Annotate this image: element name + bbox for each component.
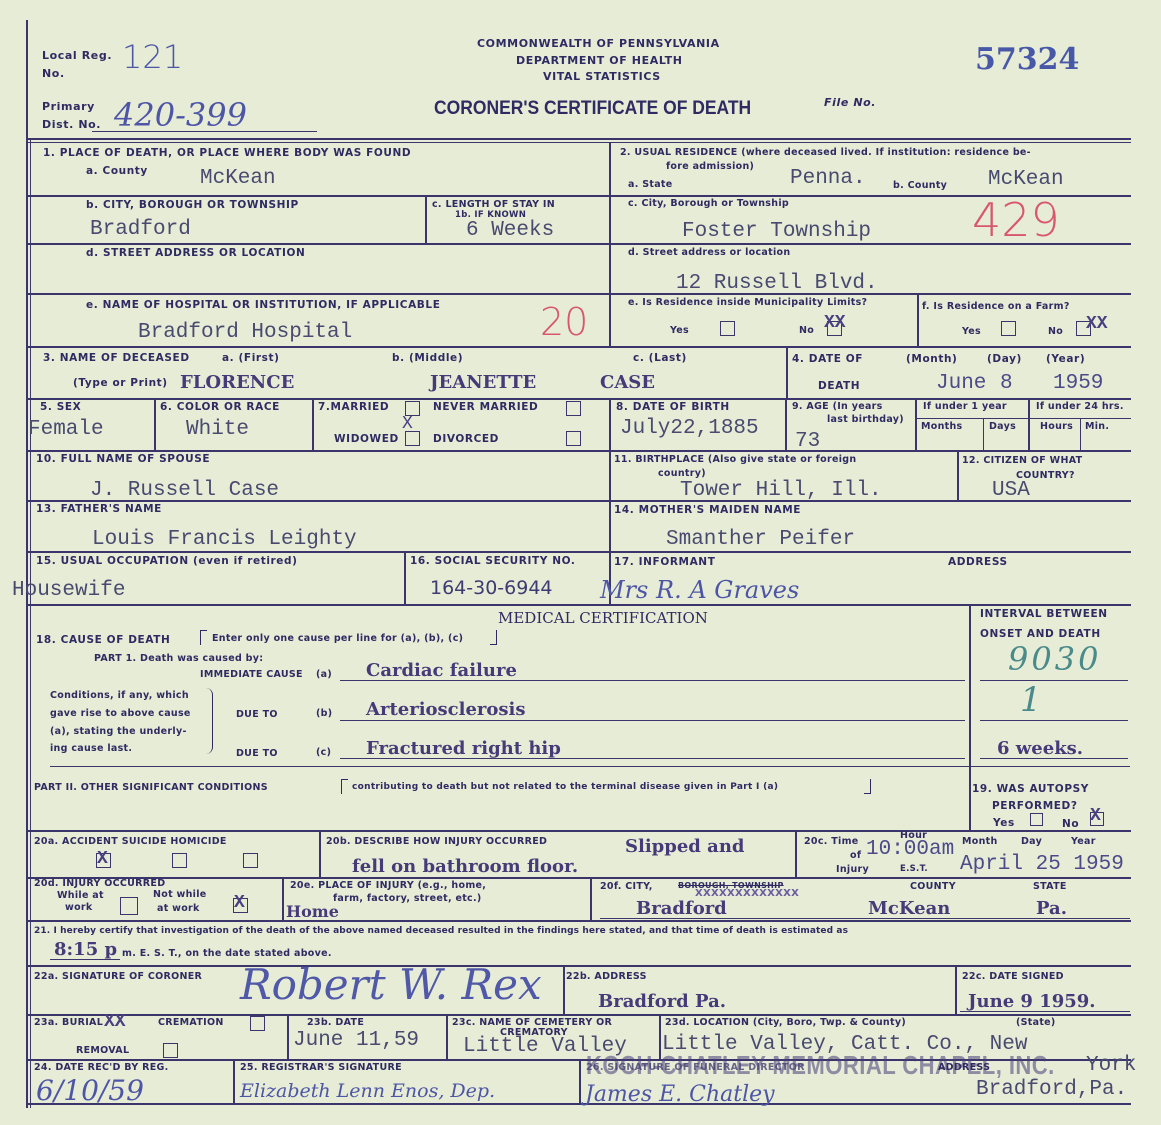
injury-city-label: 20f. CITY, <box>600 881 653 892</box>
col-divider-citizen <box>957 450 959 500</box>
burial-label: 23a. BURIAL <box>34 1017 103 1028</box>
certify-time-underline <box>50 959 120 960</box>
married-label: 7.MARRIED <box>318 401 389 413</box>
father-label: 13. FATHER'S NAME <box>36 503 162 515</box>
cause-c-value: Fractured right hip <box>366 738 561 759</box>
cause-note-bracket-open <box>200 630 207 645</box>
funeral-director-signature: James E. Chatley <box>585 1082 775 1107</box>
informant-signature: Mrs R. A Graves <box>600 576 799 604</box>
part2-bracket-close <box>864 779 871 794</box>
interval-label-2: ONSET AND DEATH <box>980 628 1101 640</box>
dod-month-value: June <box>936 372 986 395</box>
cause-section-rule <box>50 766 1130 767</box>
under-year-label: If under 1 year <box>923 401 1007 412</box>
spouse-value: J. Russell Case <box>90 479 279 502</box>
col-divider-23c <box>446 1014 448 1059</box>
injury-date-value: April 25 1959 <box>960 853 1124 876</box>
col-divider-min <box>1080 418 1081 450</box>
col-divider-23b <box>287 1014 289 1059</box>
time-of-injury-value: 10:00am <box>866 838 954 861</box>
col-divider-interval <box>969 604 971 830</box>
injury-city-value: Bradford <box>636 898 727 919</box>
res-state-label: a. State <box>628 179 673 190</box>
interval-a-underline <box>980 680 1128 681</box>
time-of-label: of <box>850 850 861 861</box>
while-at-work-label: While at <box>57 890 104 901</box>
dod-label-2: DEATH <box>818 380 860 392</box>
sex-value: Female <box>28 418 104 441</box>
stay-label: c. LENGTH OF STAY IN <box>432 199 555 210</box>
col-divider-sex <box>154 398 156 450</box>
cause-note-bracket-close <box>490 630 497 645</box>
col-divider-22b <box>563 965 565 1014</box>
homicide-checkbox[interactable] <box>243 853 258 868</box>
col-divider-26 <box>579 1059 581 1103</box>
widowed-mark: X <box>402 414 413 434</box>
describe-injury-line-2: fell on bathroom floor. <box>352 856 578 877</box>
row-line-2e <box>28 346 1131 348</box>
col-divider-days <box>983 418 984 450</box>
cause-c-underline <box>340 758 965 759</box>
interval-c-underline <box>980 758 1128 759</box>
cause-a-underline <box>340 680 965 681</box>
inside-yes-label: Yes <box>670 325 689 336</box>
farm-yes-checkbox[interactable] <box>1001 321 1016 336</box>
cause-b-underline <box>340 720 965 721</box>
conditions-line-1: Conditions, if any, which <box>50 690 189 701</box>
injury-occurred-label: 20d. INJURY OCCURRED <box>34 878 165 889</box>
under-day-label: If under 24 hrs. <box>1036 401 1124 412</box>
row-line-15 <box>28 604 1131 606</box>
inside-no-label: No <box>799 325 814 336</box>
days-label: Days <box>989 421 1016 432</box>
under-year-subrule <box>915 418 1131 419</box>
inside-no-mark: XX <box>824 313 846 333</box>
primary-dist-value: 420-399 <box>114 96 247 134</box>
col-divider-20f <box>590 877 592 920</box>
time-of-injury-label: 20c. Time <box>804 836 859 847</box>
header-rule-2 <box>28 142 1131 143</box>
autopsy-yes-label: Yes <box>993 817 1015 829</box>
res-street-value: 12 Russell Blvd. <box>676 272 878 295</box>
occupation-label: 15. USUAL OCCUPATION (even if retired) <box>36 555 298 567</box>
cause-c-letter: (c) <box>316 747 331 758</box>
place-of-injury-value: Home <box>286 902 339 921</box>
hours-label: Hours <box>1040 421 1073 432</box>
col-divider-farm <box>917 293 919 346</box>
inside-yes-checkbox[interactable] <box>720 321 735 336</box>
header-rule <box>28 138 1131 140</box>
widowed-label: WIDOWED <box>334 433 399 445</box>
res-state-value: Penna. <box>790 167 866 190</box>
divorced-label: DIVORCED <box>433 433 499 445</box>
describe-injury-line-1: Slipped and <box>625 836 745 857</box>
part1-label: PART 1. Death was caused by: <box>94 653 263 664</box>
interval-b-value: 1 <box>1020 680 1042 720</box>
min-label: Min. <box>1085 421 1109 432</box>
while-at-work-checkbox[interactable] <box>120 897 138 915</box>
red-code-429: 429 <box>972 193 1060 247</box>
col-divider-under-day <box>1028 398 1030 450</box>
cause-b-letter: (b) <box>316 708 332 719</box>
tz-value: E.S.T. <box>900 864 928 874</box>
spouse-label: 10. FULL NAME OF SPOUSE <box>36 453 210 465</box>
row-line-3 <box>28 398 1131 400</box>
dob-value: July22,1885 <box>620 417 759 440</box>
date-received-value: 6/10/59 <box>36 1074 144 1107</box>
farm-label: f. Is Residence on a Farm? <box>922 301 1070 312</box>
form-left-border <box>26 20 28 1108</box>
usual-residence-label: 2. USUAL RESIDENCE (where deceased lived… <box>620 147 1031 158</box>
injury-county-value: McKean <box>868 898 950 919</box>
burial-location-value-2: York <box>1086 1054 1136 1077</box>
certify-time-value: 8:15 p <box>54 939 117 960</box>
interval-c-value: 6 weeks. <box>997 738 1083 759</box>
removal-label: REMOVAL <box>76 1045 129 1056</box>
col-divider-dod <box>786 346 788 398</box>
res-city-label: c. City, Borough or Township <box>628 198 789 209</box>
cause-a-value: Cardiac failure <box>366 660 517 681</box>
funeral-address-value: Bradford,Pa. <box>976 1078 1127 1101</box>
middle-name-label: b. (Middle) <box>392 352 463 364</box>
res-street-label: d. Street address or location <box>628 247 790 258</box>
citizen-value: USA <box>992 479 1030 502</box>
first-name-value: FLORENCE <box>180 372 294 393</box>
injury-year-label: Year <box>1071 836 1096 847</box>
col-divider-20b <box>319 830 321 877</box>
occupation-value: Housewife <box>12 579 125 602</box>
cremation-checkbox[interactable] <box>250 1016 265 1031</box>
place-of-death-label: 1. PLACE OF DEATH, OR PLACE WHERE BODY W… <box>43 147 411 159</box>
coroner-signature-label: 22a. SIGNATURE OF CORONER <box>34 971 202 982</box>
ssn-value: 164-30-6944 <box>430 577 553 599</box>
part2-label: PART II. OTHER SIGNIFICANT CONDITIONS <box>34 782 268 793</box>
injury-location-underline <box>600 918 1130 919</box>
immediate-cause-label: IMMEDIATE CAUSE <box>200 669 303 680</box>
date-received-label: 24. DATE REC'D BY REG. <box>34 1062 169 1073</box>
primary-dist-no-label: Dist. No. <box>42 118 101 131</box>
not-at-work-mark: X <box>234 893 245 913</box>
death-county-value: McKean <box>200 167 276 190</box>
col-divider-marital <box>609 398 611 553</box>
place-of-injury-label: 20e. PLACE OF INJURY (e.g., home, <box>290 880 486 891</box>
col-divider-race <box>312 398 314 450</box>
row-line-20d <box>28 877 1131 879</box>
local-reg-no-label: No. <box>42 67 65 80</box>
city-label: b. CITY, BOROUGH OR TOWNSHIP <box>86 199 299 211</box>
row-line-23 <box>28 1014 1131 1016</box>
burial-state-label: (State) <box>1016 1017 1056 1028</box>
burial-mark: XX <box>104 1012 126 1032</box>
autopsy-label: 19. WAS AUTOPSY <box>972 783 1089 795</box>
street-label: d. STREET ADDRESS OR LOCATION <box>86 247 305 259</box>
row-line-5 <box>28 450 1131 452</box>
file-no-stamp: 57324 <box>975 42 1079 77</box>
date-signed-label: 22c. DATE SIGNED <box>962 971 1064 982</box>
cause-b-value: Arteriosclerosis <box>366 699 526 720</box>
suicide-checkbox[interactable] <box>172 853 187 868</box>
race-label: 6. COLOR OR RACE <box>160 401 280 413</box>
dod-day-label: (Day) <box>987 353 1022 365</box>
coroner-address-label: 22b. ADDRESS <box>566 971 647 982</box>
conditions-line-4: ing cause last. <box>50 743 132 754</box>
birthplace-value: Tower Hill, Ill. <box>680 479 882 502</box>
autopsy-no-mark: X <box>1090 806 1101 826</box>
cause-note: Enter only one cause per line for (a), (… <box>212 633 463 644</box>
farm-no-mark: XX <box>1086 314 1108 334</box>
never-married-checkbox[interactable] <box>566 401 581 416</box>
autopsy-label-2: PERFORMED? <box>992 800 1078 812</box>
col-divider-25 <box>233 1059 235 1103</box>
middle-name-value: JEANETTE <box>430 372 536 393</box>
interval-code: 9030 <box>1008 640 1101 678</box>
due-to-c-label: DUE TO <box>236 748 278 759</box>
row-line-1a <box>28 195 1131 197</box>
dod-year-value: 1959 <box>1053 372 1103 395</box>
certify-statement: 21. I hereby certify that investigation … <box>34 926 848 936</box>
local-reg-value: 121 <box>122 38 183 76</box>
sex-label: 5. SEX <box>40 401 81 413</box>
vital-statistics-heading: VITAL STATISTICS <box>543 70 661 83</box>
row-line-22 <box>28 965 1131 967</box>
conditions-line-2: gave rise to above cause <box>50 708 191 719</box>
not-at-work-label: Not while <box>153 889 207 900</box>
res-county-label: b. County <box>893 180 947 191</box>
medical-cert-title: MEDICAL CERTIFICATION <box>498 609 708 627</box>
injury-month-label: Month <box>962 836 998 847</box>
primary-dist-underline <box>92 131 317 132</box>
autopsy-yes-checkbox[interactable] <box>1030 813 1043 826</box>
removal-checkbox[interactable] <box>163 1043 178 1058</box>
birthplace-label-2: country) <box>658 468 706 479</box>
form-left-border-inner <box>30 140 31 1108</box>
inside-limits-label: e. Is Residence inside Municipality Limi… <box>628 297 867 308</box>
row-line-21 <box>28 920 1131 922</box>
col-divider-under-year <box>915 398 917 450</box>
describe-injury-label: 20b. DESCRIBE HOW INJURY OCCURRED <box>326 836 547 847</box>
citizen-label: 12. CITIZEN OF WHAT <box>962 455 1082 466</box>
local-reg-label: Local Reg. <box>42 49 112 62</box>
primary-dist-label: Primary <box>42 100 95 113</box>
file-no-label: File No. <box>824 96 876 109</box>
dod-month-label: (Month) <box>906 353 957 365</box>
father-value: Louis Francis Leighty <box>92 528 357 551</box>
part2-note: contributing to death but not related to… <box>352 782 778 792</box>
farm-no-label: No <box>1048 326 1063 337</box>
injury-county-label: COUNTY <box>910 881 956 892</box>
date-signed-value: June 9 1959. <box>968 991 1096 1012</box>
injury-day-label: Day <box>1021 836 1042 847</box>
funeral-address-label: ADDRESS <box>938 1062 990 1073</box>
col-divider-22c <box>955 965 957 1014</box>
red-code-20: 20 <box>540 300 588 344</box>
age-value: 73 <box>795 430 820 453</box>
row-line-1b <box>28 243 1131 245</box>
dod-year-label: (Year) <box>1046 353 1085 365</box>
death-city-value: Bradford <box>90 218 191 241</box>
burial-date-label: 23b. DATE <box>307 1017 364 1028</box>
county-label: a. County <box>86 165 148 177</box>
hospital-label: e. NAME OF HOSPITAL OR INSTITUTION, IF A… <box>86 299 440 311</box>
due-to-b-label: DUE TO <box>236 709 278 720</box>
row-line-13 <box>28 551 1131 553</box>
dod-day-value: 8 <box>1000 372 1013 395</box>
mother-value: Smanther Peifer <box>666 528 855 551</box>
col-divider-20c <box>795 830 797 877</box>
ssn-label: 16. SOCIAL SECURITY NO. <box>410 555 575 567</box>
department-heading: DEPARTMENT OF HEALTH <box>516 54 683 67</box>
age-label: 9. AGE (In years <box>792 401 883 412</box>
cause-of-death-label: 18. CAUSE OF DEATH <box>36 634 170 646</box>
conditions-brace <box>206 688 213 754</box>
informant-label: 17. INFORMANT <box>614 556 715 568</box>
dob-label: 8. DATE OF BIRTH <box>616 401 730 413</box>
first-name-label: a. (First) <box>222 352 280 364</box>
injury-state-value: Pa. <box>1036 898 1067 919</box>
burial-location-label: 23d. LOCATION (City, Boro, Twp. & County… <box>665 1017 906 1028</box>
registrar-signature: Elizabeth Lenn Enos, Dep. <box>240 1080 495 1102</box>
coroner-address-value: Bradford Pa. <box>598 991 726 1012</box>
not-at-work-label-2: at work <box>157 903 200 914</box>
coroner-signature: Robert W. Rex <box>240 960 542 1009</box>
col-divider-stay <box>425 195 427 243</box>
type-or-print-label: (Type or Print) <box>73 377 168 389</box>
time-injury-label: Injury <box>836 864 869 875</box>
col-divider-age <box>785 398 787 450</box>
row-line-20 <box>28 830 1131 832</box>
never-married-label: NEVER MARRIED <box>433 401 538 413</box>
usual-residence-label-2: fore admission) <box>666 161 754 172</box>
form-bottom-rule <box>28 1103 1131 1105</box>
interval-b-underline <box>980 720 1128 721</box>
res-city-value: Foster Township <box>682 220 871 243</box>
col-divider-20e <box>282 877 284 920</box>
part2-bracket-open <box>341 779 348 794</box>
registrar-signature-label: 25. REGISTRAR'S SIGNATURE <box>240 1062 402 1073</box>
hospital-value: Bradford Hospital <box>138 321 352 344</box>
row-line-1d <box>28 293 1131 295</box>
cause-a-letter: (a) <box>316 669 332 680</box>
res-county-value: McKean <box>988 168 1064 191</box>
burial-date-value: June 11,59 <box>293 1029 419 1052</box>
divorced-checkbox[interactable] <box>566 431 581 446</box>
deceased-name-label: 3. NAME OF DECEASED <box>43 352 190 364</box>
injury-type-label: 20a. ACCIDENT SUICIDE HOMICIDE <box>34 836 227 847</box>
cremation-label: CREMATION <box>158 1017 224 1028</box>
date-signed-underline <box>960 1011 1130 1012</box>
commonwealth-heading: COMMONWEALTH OF PENNSYLVANIA <box>477 37 720 50</box>
col-divider-ssn <box>404 551 406 604</box>
informant-address-label: ADDRESS <box>948 556 1008 568</box>
birthplace-label: 11. BIRTHPLACE (Also give state or forei… <box>614 454 856 465</box>
interval-label: INTERVAL BETWEEN <box>980 608 1108 620</box>
certificate-title: CORONER'S CERTIFICATE OF DEATH <box>434 98 751 120</box>
while-at-work-label-2: work <box>65 902 93 913</box>
race-value: White <box>186 418 249 441</box>
last-name-label: c. (Last) <box>633 352 687 364</box>
dod-label: 4. DATE OF <box>792 353 863 365</box>
conditions-line-3: (a), stating the underly- <box>50 726 187 737</box>
months-label: Months <box>921 421 963 432</box>
autopsy-no-label: No <box>1062 818 1079 830</box>
mother-label: 14. MOTHER'S MAIDEN NAME <box>614 504 801 516</box>
last-name-value: CASE <box>600 372 655 393</box>
stay-value: 6 Weeks <box>466 219 554 242</box>
age-label-2: last birthday) <box>827 414 904 425</box>
place-of-injury-label-2: farm, factory, street, etc.) <box>333 893 482 904</box>
accident-mark: X <box>97 849 108 869</box>
injury-state-label: STATE <box>1033 881 1067 892</box>
certify-suffix: m. E. S. T., on the date stated above. <box>122 948 332 959</box>
farm-yes-label: Yes <box>962 326 981 337</box>
